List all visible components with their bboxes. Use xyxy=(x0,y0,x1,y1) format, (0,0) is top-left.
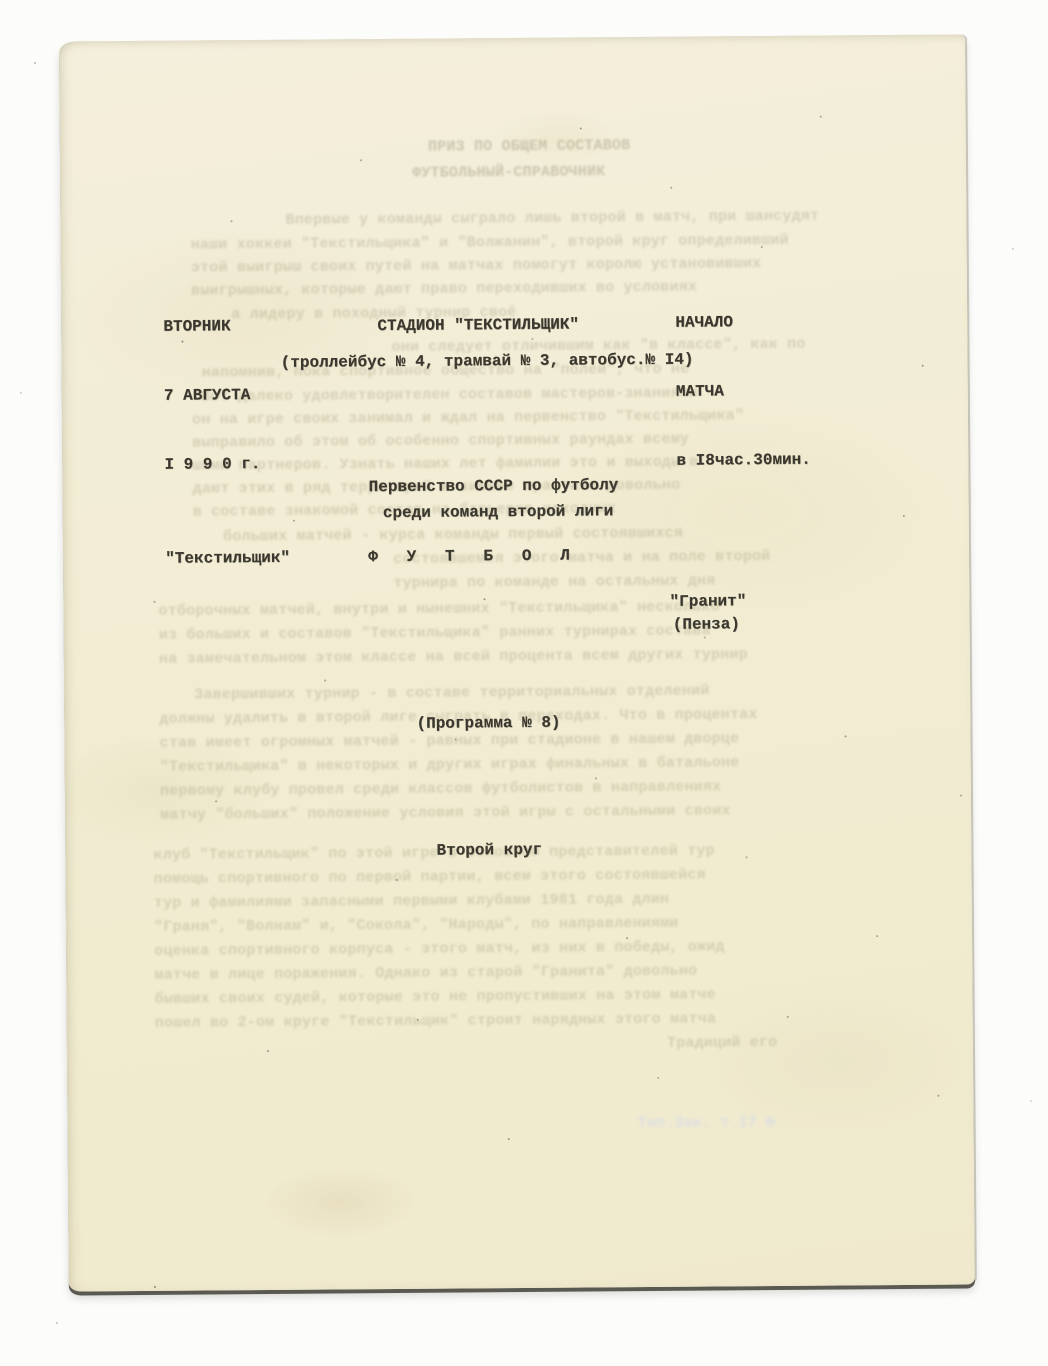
bleedthrough-text-line: наши хоккеи "Текстильщика" и "Волжанин",… xyxy=(191,232,789,254)
kickoff-word-1: НАЧАЛО xyxy=(675,311,810,335)
bleedthrough-text-line: на замечательном этом классе на всей про… xyxy=(159,646,748,668)
competition-title-line1: Первенство СССР по футболу xyxy=(369,474,619,499)
bleedthrough-text-line: помощь спортивного по первой партии, все… xyxy=(154,867,706,888)
stadium-name: СТАДИОН "ТЕКСТИЛЬЩИК" xyxy=(377,314,579,339)
football-word: Ф У Т Б О Л xyxy=(368,545,570,570)
bleedthrough-text-line: пошел во 2-ом круге "Текстильщик" строит… xyxy=(155,1010,716,1031)
bleedthrough-text-line: Традиций его xyxy=(667,1034,778,1052)
programme-cover-page: ПРИЗ ПО ОБЩЕМ СОСТАВОВФУТБОЛЬНЫЙ-СПРАВОЧ… xyxy=(59,34,975,1291)
transport-directions: (троллейбус № 4, трамвай № 3, автобус.№ … xyxy=(281,349,694,375)
bleedthrough-text-line: матчу "больших" положение условия этой и… xyxy=(160,802,731,823)
bleedthrough-text-line: шими партнеров. Узнать наших лет фамилии… xyxy=(192,454,698,475)
away-team-name: "Гранит" xyxy=(669,590,746,614)
programme-number: (Программа № 8) xyxy=(416,712,560,736)
bleedthrough-text-line: бывших своих судей, которые это не пропу… xyxy=(155,986,716,1007)
round-label: Второй круг xyxy=(436,839,542,863)
bleedthrough-text-line: первому клубу провел среди классов футбо… xyxy=(160,778,721,799)
bleedthrough-text-line: "Граня", "Волнам" и, "Сокола", "Народы",… xyxy=(154,915,679,936)
bleedthrough-text-line: Завершивших турнир - в составе территори… xyxy=(194,682,709,703)
kickoff-word-2: МАТЧА xyxy=(676,380,811,404)
kickoff-time-block: НАЧАЛО МАТЧА в I8час.30мин. xyxy=(675,265,811,519)
away-team-city: (Пенза) xyxy=(673,613,740,637)
kickoff-time: в I8час.30мин. xyxy=(676,449,811,473)
bleedthrough-text-line: он на игре своих занимал и ждал на перве… xyxy=(192,407,744,428)
match-weekday: ВТОРНИК xyxy=(163,315,259,339)
competition-title-line2: среди команд второй лиги xyxy=(383,500,614,525)
paper-foxing-specks xyxy=(59,42,61,44)
bleedthrough-text-line: ПРИЗ ПО ОБЩЕМ СОСТАВОВ xyxy=(428,137,631,156)
bleedthrough-text-line: Тип.Зак. т.I7 № xyxy=(638,1114,776,1132)
bleedthrough-text-line: выправило об этом об особенно спортивных… xyxy=(192,431,689,452)
bleedthrough-text-line: ФУТБОЛЬНЫЙ-СПРАВОЧНИК xyxy=(412,163,605,182)
match-year: I 9 9 0 г. xyxy=(164,453,260,477)
match-date-block: ВТОРНИК 7 АВГУСТА I 9 9 0 г. xyxy=(163,269,261,523)
bleedthrough-text-line: "Вот далеко удовлетворителен составов ма… xyxy=(192,385,698,406)
bleedthrough-text-line: клуб "Текстильщик" по этой игре в основн… xyxy=(153,842,714,863)
bleedthrough-text-line: "Текстильщика" в некоторых и других игра… xyxy=(160,754,740,776)
bleedthrough-text-line: выигрышных, которые дают право переходив… xyxy=(191,279,697,300)
bleedthrough-text-line: из больших и составов "Текстильщика" ран… xyxy=(159,622,711,643)
bleedthrough-text-line: матче в лице поражения. Однако из старой… xyxy=(154,963,697,984)
reverse-side-bleedthrough: ПРИЗ ПО ОБЩЕМ СОСТАВОВФУТБОЛЬНЫЙ-СПРАВОЧ… xyxy=(59,34,975,1291)
bleedthrough-text-line: турнира по команде на остальных дня xyxy=(393,572,715,592)
bleedthrough-text-line: больших матчей - курса команды первый со… xyxy=(223,525,683,546)
scanner-bed-dust xyxy=(0,0,2,2)
bleedthrough-text-line: отборочных матчей, внутри и нынешних "Те… xyxy=(159,598,720,619)
bleedthrough-text-line: тур и фамилиями запасными первыми клубам… xyxy=(154,891,669,912)
match-day-month: 7 АВГУСТА xyxy=(164,384,260,408)
bleedthrough-text-line: Впервые у команды сыграло лишь второй в … xyxy=(285,208,819,229)
bleedthrough-text-line: оценка спортивного корпуса - этого матч,… xyxy=(154,938,725,959)
home-team-name: "Текстильщик" xyxy=(165,547,290,571)
